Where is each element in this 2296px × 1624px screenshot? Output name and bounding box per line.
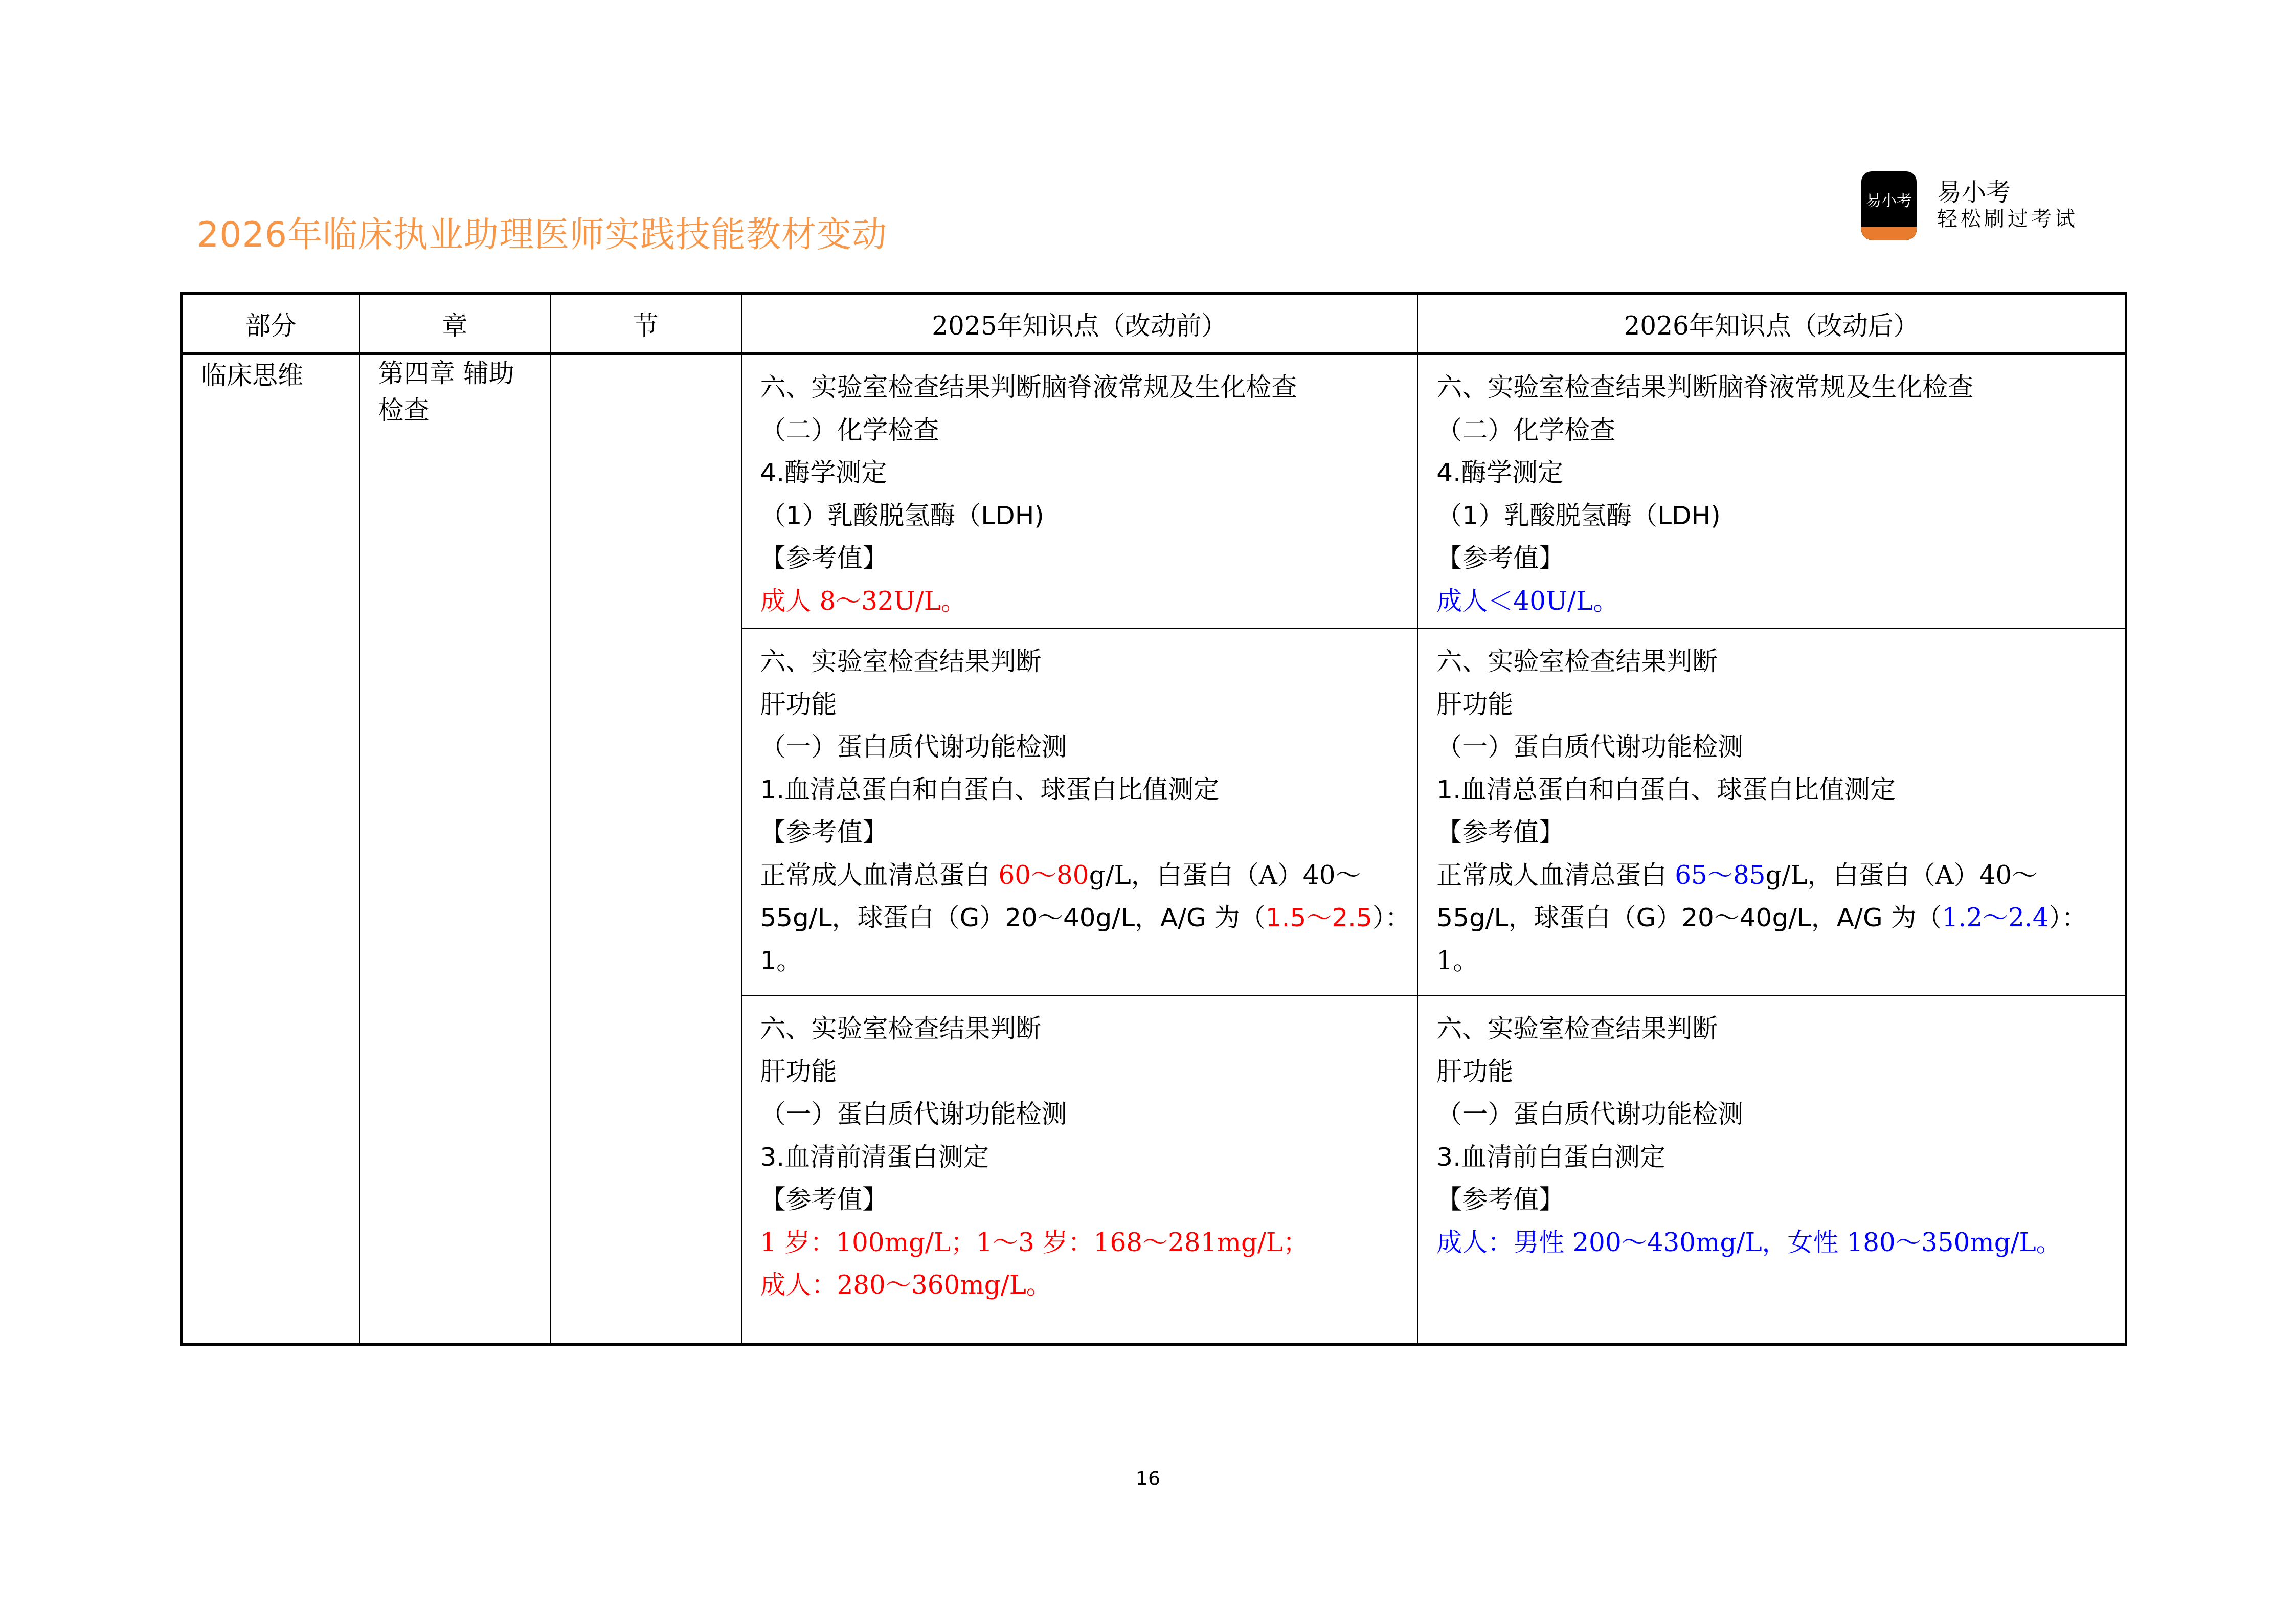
page-number: 16 bbox=[0, 1467, 2296, 1489]
kp-line: （二）化学检查 bbox=[760, 409, 1399, 452]
cell-before: 六、实验室检查结果判断 肝功能 （一）蛋白质代谢功能检测 3.血清前清蛋白测定 … bbox=[741, 996, 1418, 1345]
reference-value-line: 1。 bbox=[1436, 940, 2106, 983]
ref-text: ）： bbox=[2049, 903, 2087, 932]
col-header-section: 节 bbox=[550, 294, 741, 354]
changes-table: 部分 章 节 2025年知识点（改动前） 2026年知识点（改动后） 临床思维 … bbox=[180, 292, 2127, 1346]
kp-line: 六、实验室检查结果判断 bbox=[760, 1008, 1399, 1051]
reference-value-line: 55g/L，球蛋白（G）20～40g/L，A/G 为（1.2～2.4）： bbox=[1436, 897, 2106, 940]
ref-text: 55g/L，球蛋白（G）20～40g/L，A/G 为（ bbox=[760, 903, 1266, 932]
reference-value-line: 正常成人血清总蛋白 65～85g/L，白蛋白（A）40～ bbox=[1436, 854, 2106, 897]
kp-line: 【参考值】 bbox=[1436, 811, 2106, 854]
ref-text: 55g/L，球蛋白（G）20～40g/L，A/G 为（ bbox=[1436, 903, 1942, 932]
kp-line: （一）蛋白质代谢功能检测 bbox=[760, 726, 1399, 769]
kp-line: 【参考值】 bbox=[1436, 1178, 2106, 1221]
cell-part: 临床思维 bbox=[182, 354, 359, 1345]
col-header-before-2025: 2025年知识点（改动前） bbox=[741, 294, 1418, 354]
kp-line: 肝功能 bbox=[760, 683, 1399, 726]
kp-line: 六、实验室检查结果判断 bbox=[1436, 1008, 2106, 1051]
ref-text: g/L，白蛋白（A）40～ bbox=[1089, 860, 1361, 890]
cell-after: 六、实验室检查结果判断脑脊液常规及生化检查 （二）化学检查 4.酶学测定 （1）… bbox=[1417, 354, 2126, 629]
kp-line: 【参考值】 bbox=[760, 811, 1399, 854]
kp-line: 六、实验室检查结果判断 bbox=[1436, 640, 2106, 683]
kp-line: （一）蛋白质代谢功能检测 bbox=[1436, 726, 2106, 769]
kp-line: 六、实验室检查结果判断脑脊液常规及生化检查 bbox=[760, 366, 1399, 409]
kp-line: 【参考值】 bbox=[760, 1178, 1399, 1221]
kp-line: 肝功能 bbox=[1436, 683, 2106, 726]
brand-logo: 易小考 易小考 轻松刷过考试 bbox=[1861, 171, 2078, 240]
kp-line: （一）蛋白质代谢功能检测 bbox=[760, 1093, 1399, 1136]
cell-chapter: 第四章 辅助检查 bbox=[359, 354, 550, 1345]
kp-line: 六、实验室检查结果判断 bbox=[760, 640, 1399, 683]
cell-section bbox=[550, 354, 741, 1345]
kp-line: 3.血清前白蛋白测定 bbox=[1436, 1136, 2106, 1179]
new-reference-value: 成人＜40U/L。 bbox=[1436, 580, 2106, 623]
ref-text: ）： bbox=[1372, 903, 1411, 932]
ref-text: 正常成人血清总蛋白 bbox=[1436, 860, 1675, 890]
kp-line: 六、实验室检查结果判断脑脊液常规及生化检查 bbox=[1436, 366, 2106, 409]
cell-after: 六、实验室检查结果判断 肝功能 （一）蛋白质代谢功能检测 1.血清总蛋白和白蛋白… bbox=[1417, 629, 2126, 996]
cell-before: 六、实验室检查结果判断 肝功能 （一）蛋白质代谢功能检测 1.血清总蛋白和白蛋白… bbox=[741, 629, 1418, 996]
kp-line: 肝功能 bbox=[1436, 1051, 2106, 1094]
reference-value-line: 1。 bbox=[760, 940, 1399, 983]
old-reference-value: 成人 8～32U/L。 bbox=[760, 580, 1399, 623]
cell-before: 六、实验室检查结果判断脑脊液常规及生化检查 （二）化学检查 4.酶学测定 （1）… bbox=[741, 354, 1418, 629]
kp-line: 4.酶学测定 bbox=[1436, 452, 2106, 495]
kp-line: 【参考值】 bbox=[760, 537, 1399, 580]
kp-line: （一）蛋白质代谢功能检测 bbox=[1436, 1093, 2106, 1136]
document-title: 2026年临床执业助理医师实践技能教材变动 bbox=[197, 207, 887, 257]
kp-line: 4.酶学测定 bbox=[760, 452, 1399, 495]
new-reference-value: 成人：男性 200～430mg/L，女性 180～350mg/L。 bbox=[1436, 1221, 2106, 1264]
table-header-row: 部分 章 节 2025年知识点（改动前） 2026年知识点（改动后） bbox=[182, 294, 2126, 354]
ref-text: g/L，白蛋白（A）40～ bbox=[1766, 860, 2038, 890]
ref-text: 正常成人血清总蛋白 bbox=[760, 860, 999, 890]
kp-line: （二）化学检查 bbox=[1436, 409, 2106, 452]
new-total-protein-range: 65～85 bbox=[1675, 860, 1765, 890]
cell-after: 六、实验室检查结果判断 肝功能 （一）蛋白质代谢功能检测 3.血清前白蛋白测定 … bbox=[1417, 996, 2126, 1345]
kp-line: 1.血清总蛋白和白蛋白、球蛋白比值测定 bbox=[760, 769, 1399, 812]
old-reference-value: 1 岁：100mg/L；1～3 岁：168～281mg/L； bbox=[760, 1221, 1399, 1264]
brand-slogan: 轻松刷过考试 bbox=[1937, 206, 2078, 232]
app-logo-icon: 易小考 bbox=[1861, 171, 1917, 240]
col-header-chapter: 章 bbox=[359, 294, 550, 354]
reference-value-line: 正常成人血清总蛋白 60～80g/L，白蛋白（A）40～ bbox=[760, 854, 1399, 897]
old-reference-value: 成人：280～360mg/L。 bbox=[760, 1264, 1399, 1307]
old-total-protein-range: 60～80 bbox=[998, 860, 1089, 890]
logo-accent-bar bbox=[1861, 227, 1917, 240]
kp-line: （1）乳酸脱氢酶（LDH) bbox=[760, 495, 1399, 538]
col-header-part: 部分 bbox=[182, 294, 359, 354]
reference-value-line: 55g/L，球蛋白（G）20～40g/L，A/G 为（1.5～2.5）： bbox=[760, 897, 1399, 940]
kp-line: （1）乳酸脱氢酶（LDH) bbox=[1436, 495, 2106, 538]
kp-line: 肝功能 bbox=[760, 1051, 1399, 1094]
kp-line: 【参考值】 bbox=[1436, 537, 2106, 580]
kp-line: 3.血清前清蛋白测定 bbox=[760, 1136, 1399, 1179]
old-ag-ratio: 1.5～2.5 bbox=[1266, 903, 1372, 932]
brand-name: 易小考 bbox=[1937, 179, 2078, 206]
col-header-after-2026: 2026年知识点（改动后） bbox=[1417, 294, 2126, 354]
table-row: 临床思维 第四章 辅助检查 六、实验室检查结果判断脑脊液常规及生化检查 （二）化… bbox=[182, 354, 2126, 629]
new-ag-ratio: 1.2～2.4 bbox=[1942, 903, 2049, 932]
kp-line: 1.血清总蛋白和白蛋白、球蛋白比值测定 bbox=[1436, 769, 2106, 812]
logo-icon-text: 易小考 bbox=[1861, 188, 1917, 210]
